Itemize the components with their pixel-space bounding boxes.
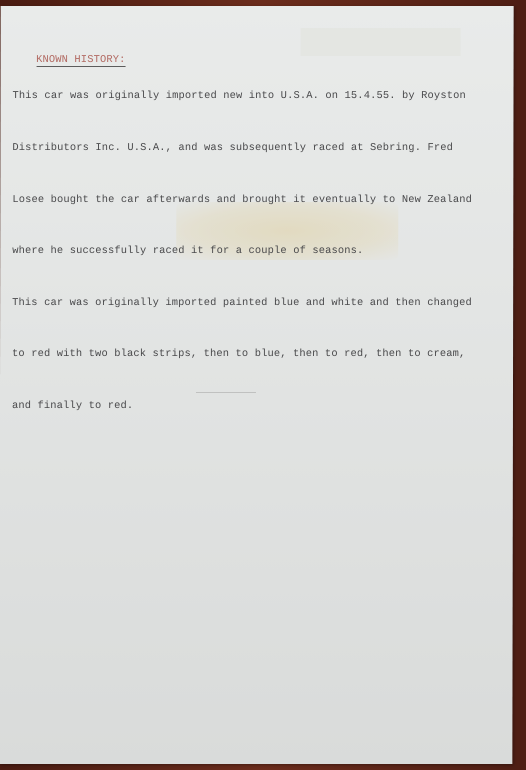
history-line: This car was originally imported new int…	[12, 88, 512, 105]
history-line: Losee bought the car afterwards and brou…	[12, 192, 512, 209]
history-line: Distributors Inc. U.S.A., and was subseq…	[12, 140, 512, 157]
history-line: This car was originally imported painted…	[12, 295, 512, 312]
history-line: to red with two black strips, then to bl…	[12, 346, 512, 363]
history-line: where he successfully raced it for a cou…	[12, 243, 512, 260]
document-body: KNOWN HISTORY: This car was originally i…	[12, 35, 513, 450]
history-line: and finally to red.	[12, 398, 512, 415]
typed-document-page: KNOWN HISTORY: This car was originally i…	[0, 6, 514, 764]
known-history-heading: KNOWN HISTORY:	[36, 55, 125, 67]
